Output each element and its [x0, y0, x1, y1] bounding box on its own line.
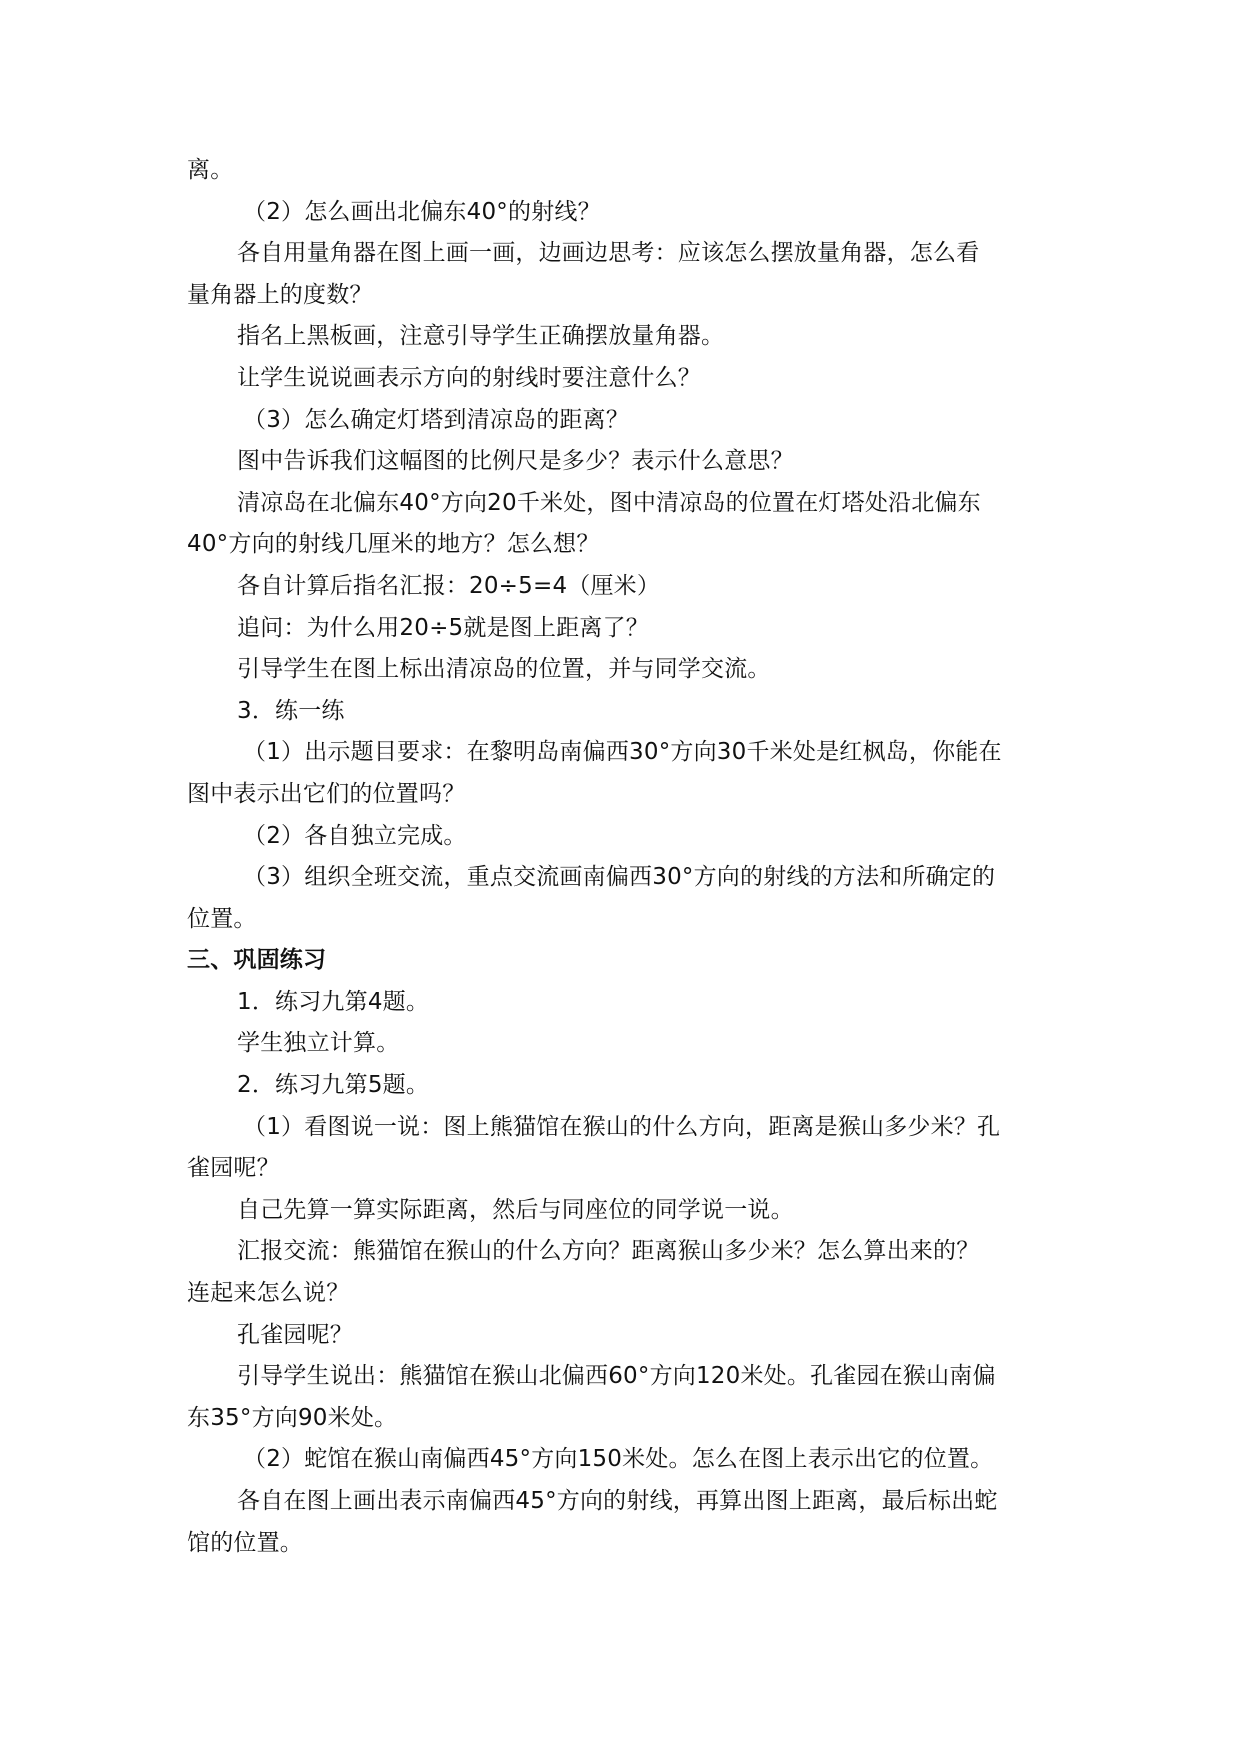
text-line: （3）怎么确定灯塔到清凉岛的距离？ [187, 400, 1057, 442]
list-item-heading: 3．练一练 [187, 691, 1057, 733]
text-line: （2）各自独立完成。 [187, 816, 1057, 858]
text-line: 图中表示出它们的位置吗？ [187, 774, 1057, 816]
text-line: 图中告诉我们这幅图的比例尺是多少？表示什么意思？ [187, 441, 1057, 483]
text-line: 引导学生在图上标出清凉岛的位置，并与同学交流。 [187, 649, 1057, 691]
document-page: 离。 （2）怎么画出北偏东40°的射线？ 各自用量角器在图上画一画，边画边思考：… [187, 150, 1057, 1564]
text-line: 连起来怎么说？ [187, 1273, 1057, 1315]
text-line: 追问：为什么用20÷5就是图上距离了？ [187, 608, 1057, 650]
text-line: 各自用量角器在图上画一画，边画边思考：应该怎么摆放量角器，怎么看 [187, 233, 1057, 275]
section-heading: 三、巩固练习 [187, 940, 1057, 982]
text-line: 清凉岛在北偏东40°方向20千米处，图中清凉岛的位置在灯塔处沿北偏东 [187, 483, 1057, 525]
list-item-heading: 2．练习九第5题。 [187, 1065, 1057, 1107]
text-line: 东35°方向90米处。 [187, 1398, 1057, 1440]
text-line: 引导学生说出：熊猫馆在猴山北偏西60°方向120米处。孔雀园在猴山南偏 [187, 1356, 1057, 1398]
text-line: 让学生说说画表示方向的射线时要注意什么？ [187, 358, 1057, 400]
text-line: （1）看图说一说：图上熊猫馆在猴山的什么方向，距离是猴山多少米？孔 [187, 1107, 1057, 1149]
list-item-heading: 1．练习九第4题。 [187, 982, 1057, 1024]
text-line: 学生独立计算。 [187, 1023, 1057, 1065]
text-line: 40°方向的射线几厘米的地方？怎么想？ [187, 524, 1057, 566]
text-line: 雀园呢？ [187, 1148, 1057, 1190]
text-line: （2）怎么画出北偏东40°的射线？ [187, 192, 1057, 234]
text-line: 各自计算后指名汇报：20÷5=4（厘米） [187, 566, 1057, 608]
text-line: 位置。 [187, 899, 1057, 941]
text-line: 汇报交流：熊猫馆在猴山的什么方向？距离猴山多少米？怎么算出来的？ [187, 1231, 1057, 1273]
text-line: 自己先算一算实际距离，然后与同座位的同学说一说。 [187, 1190, 1057, 1232]
text-line: 孔雀园呢？ [187, 1315, 1057, 1357]
text-line: 指名上黑板画，注意引导学生正确摆放量角器。 [187, 316, 1057, 358]
text-line: 馆的位置。 [187, 1523, 1057, 1565]
text-line: 离。 [187, 150, 1057, 192]
text-line: （1）出示题目要求：在黎明岛南偏西30°方向30千米处是红枫岛，你能在 [187, 732, 1057, 774]
text-line: 量角器上的度数？ [187, 275, 1057, 317]
text-line: 各自在图上画出表示南偏西45°方向的射线，再算出图上距离，最后标出蛇 [187, 1481, 1057, 1523]
text-line: （2）蛇馆在猴山南偏西45°方向150米处。怎么在图上表示出它的位置。 [187, 1439, 1057, 1481]
text-line: （3）组织全班交流，重点交流画南偏西30°方向的射线的方法和所确定的 [187, 857, 1057, 899]
